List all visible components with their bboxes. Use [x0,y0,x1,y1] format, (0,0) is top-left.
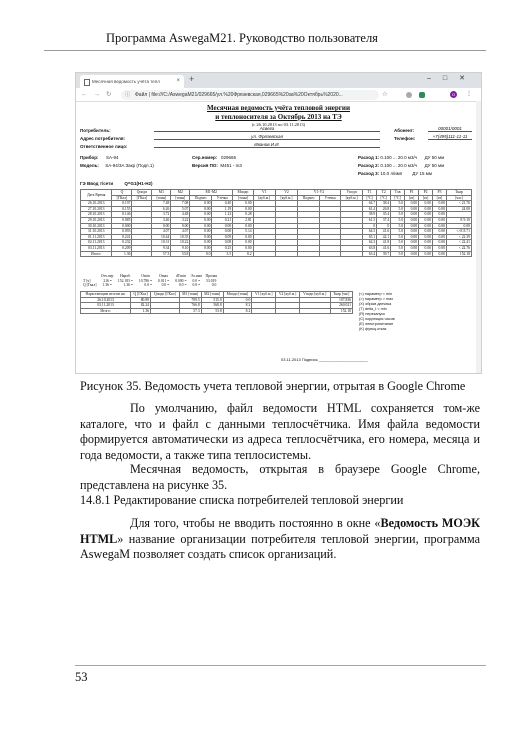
col-header: Vподп [куб.м.] [300,292,331,298]
address-input[interactable]: ⓘ Файл | file:///C:/AswegaM21/029665/ул.… [121,90,379,100]
minimize-icon[interactable]: – [427,75,443,82]
serial-row: Сер.номер: 029665 [192,155,236,160]
plus-icon[interactable]: + [189,74,194,84]
subscriber-value: 00001/0001 [428,126,472,132]
legend-item: (K) функц.отказ [359,327,439,332]
model-row: Модель: SA-94/3A Закр (Подп.1) [80,163,154,168]
browser-tab[interactable]: Месячная ведомость учёта тепл × [80,75,184,88]
monthly-data-table: Дата ВремяQQподпM1M2M1-M2MподпV1V2V1-V2V… [80,189,472,257]
address-value: ул. Фрязевская [154,134,380,140]
col-header: V2 [куб.м.] [276,292,300,298]
status-legend: (<) параметр < min(>) параметр > max(X) … [359,292,439,332]
input-label: ГЭ Ввод т/сети Q=G1(H1-H2) [80,181,153,186]
footer-rule [75,665,486,666]
section-heading: 14.8.1 Редактирование списка потребителе… [80,493,403,508]
operating-readings-table: Отч.перНараб.OminOmaxdTminЭл.импПрочаяT … [80,274,219,288]
device-row: Прибор: SA-94 [80,155,119,160]
page-icon [84,79,90,86]
address-bar-row: ←→↻ ⓘ Файл | file:///C:/AswegaM21/029665… [76,88,481,102]
address-text: Файл | file:///C:/AswegaM21/029665/ул.%2… [135,92,343,98]
table-row: Q [Гкал]1.36 =1.36 =0.0 =0.0 =0.0 =0.0 =… [80,283,219,288]
flow2-row: Расход 2: 0.100 ... 20.0 м3/ч ДУ 50 мм [358,163,444,168]
address-label: Адрес потребителя: [80,136,125,141]
forward-icon[interactable]: → [94,91,107,98]
paragraph-3: Для того, чтобы не вводить постоянно в о… [80,516,480,563]
info-icon[interactable]: ⓘ [125,90,130,100]
figure-caption: Рисунок 35. Ведомость учета тепловой эне… [80,379,465,394]
col-header: Дата Время [81,190,112,201]
paragraph-2: Месячная ведомость, открытая в браузере … [80,462,480,493]
running-header: Программа AswegaM21. Руководство пользов… [106,31,378,46]
back-icon[interactable]: ← [81,91,94,98]
report-page: Месячная ведомость учёта тепловой энерги… [76,102,481,129]
header-rule [44,50,486,51]
tab-bar: Месячная ведомость учёта тепл × + –□✕ [76,73,481,88]
subscriber-label: Абонент: [394,128,414,133]
shield-icon[interactable] [419,92,425,98]
col-header: M1 [тонн] [179,292,201,298]
cumulative-totals-table: Нарастающим итогом на:Q [ГКал]Qподп [ГКа… [80,291,353,314]
col-header: Mподп [тонн] [223,292,252,298]
maximize-icon[interactable]: □ [443,75,459,82]
col-header: Tнар [час] [330,292,352,298]
col-header: V1 [куб.м.] [252,292,276,298]
flow3-row: Расход 3: 10.0 л/имп ДУ 15 мм [358,171,432,176]
consumer-label: Потребитель: [80,128,111,133]
responsible-label: Ответственное лицо: [80,144,128,149]
profile-icon[interactable]: O [450,91,457,98]
col-header: Нарастающим итогом на: [81,292,131,298]
extension-icon[interactable] [406,92,412,98]
responsible-value: Иванов И.И. [154,142,380,148]
phone-label: Телефон: [394,136,415,141]
col-header: M2 [тонн] [201,292,223,298]
signature-line: 03.11.2013 Подпись _____________________… [281,357,368,362]
consumer-value: Асвега [154,126,380,132]
reload-icon[interactable]: ↻ [106,91,117,98]
paragraph-1: По умолчанию, файл ведомости HTML сохран… [80,401,480,463]
vertical-scrollbar[interactable] [476,101,481,373]
close-window-icon[interactable]: ✕ [459,75,477,82]
firmware-row: Версия ПО: M451 - m3 [192,163,242,168]
phone-value: +7(495)111-11-11 [428,134,472,140]
total-row: Итого:1.3657.353.80.03.58.263.439.75.00.… [81,251,472,257]
browser-screenshot-figure: Месячная ведомость учёта тепл × + –□✕ ←→… [75,72,482,374]
report-title-1: Месячная ведомость учёта тепловой энерги… [80,104,477,113]
close-icon[interactable]: × [176,75,180,88]
page-number: 53 [75,670,88,685]
star-icon[interactable]: ☆ [382,90,388,98]
flow1-row: Расход 1: 0.100 ... 20.0 м3/ч ДУ 50 мм [358,155,444,160]
window-controls[interactable]: –□✕ [427,74,477,82]
table-row: Итого:1.3657.353.88.2152.18 [81,308,353,314]
col-header: Q [ГКал] [131,292,151,298]
report-title-2: и теплоносителя за Октябрь 2013 на ТЭ [80,113,477,122]
tab-title: Месячная ведомость учёта тепл [92,79,160,84]
menu-icon[interactable]: ⋮ [466,90,472,97]
col-header: Qподп [ГКал] [151,292,180,298]
